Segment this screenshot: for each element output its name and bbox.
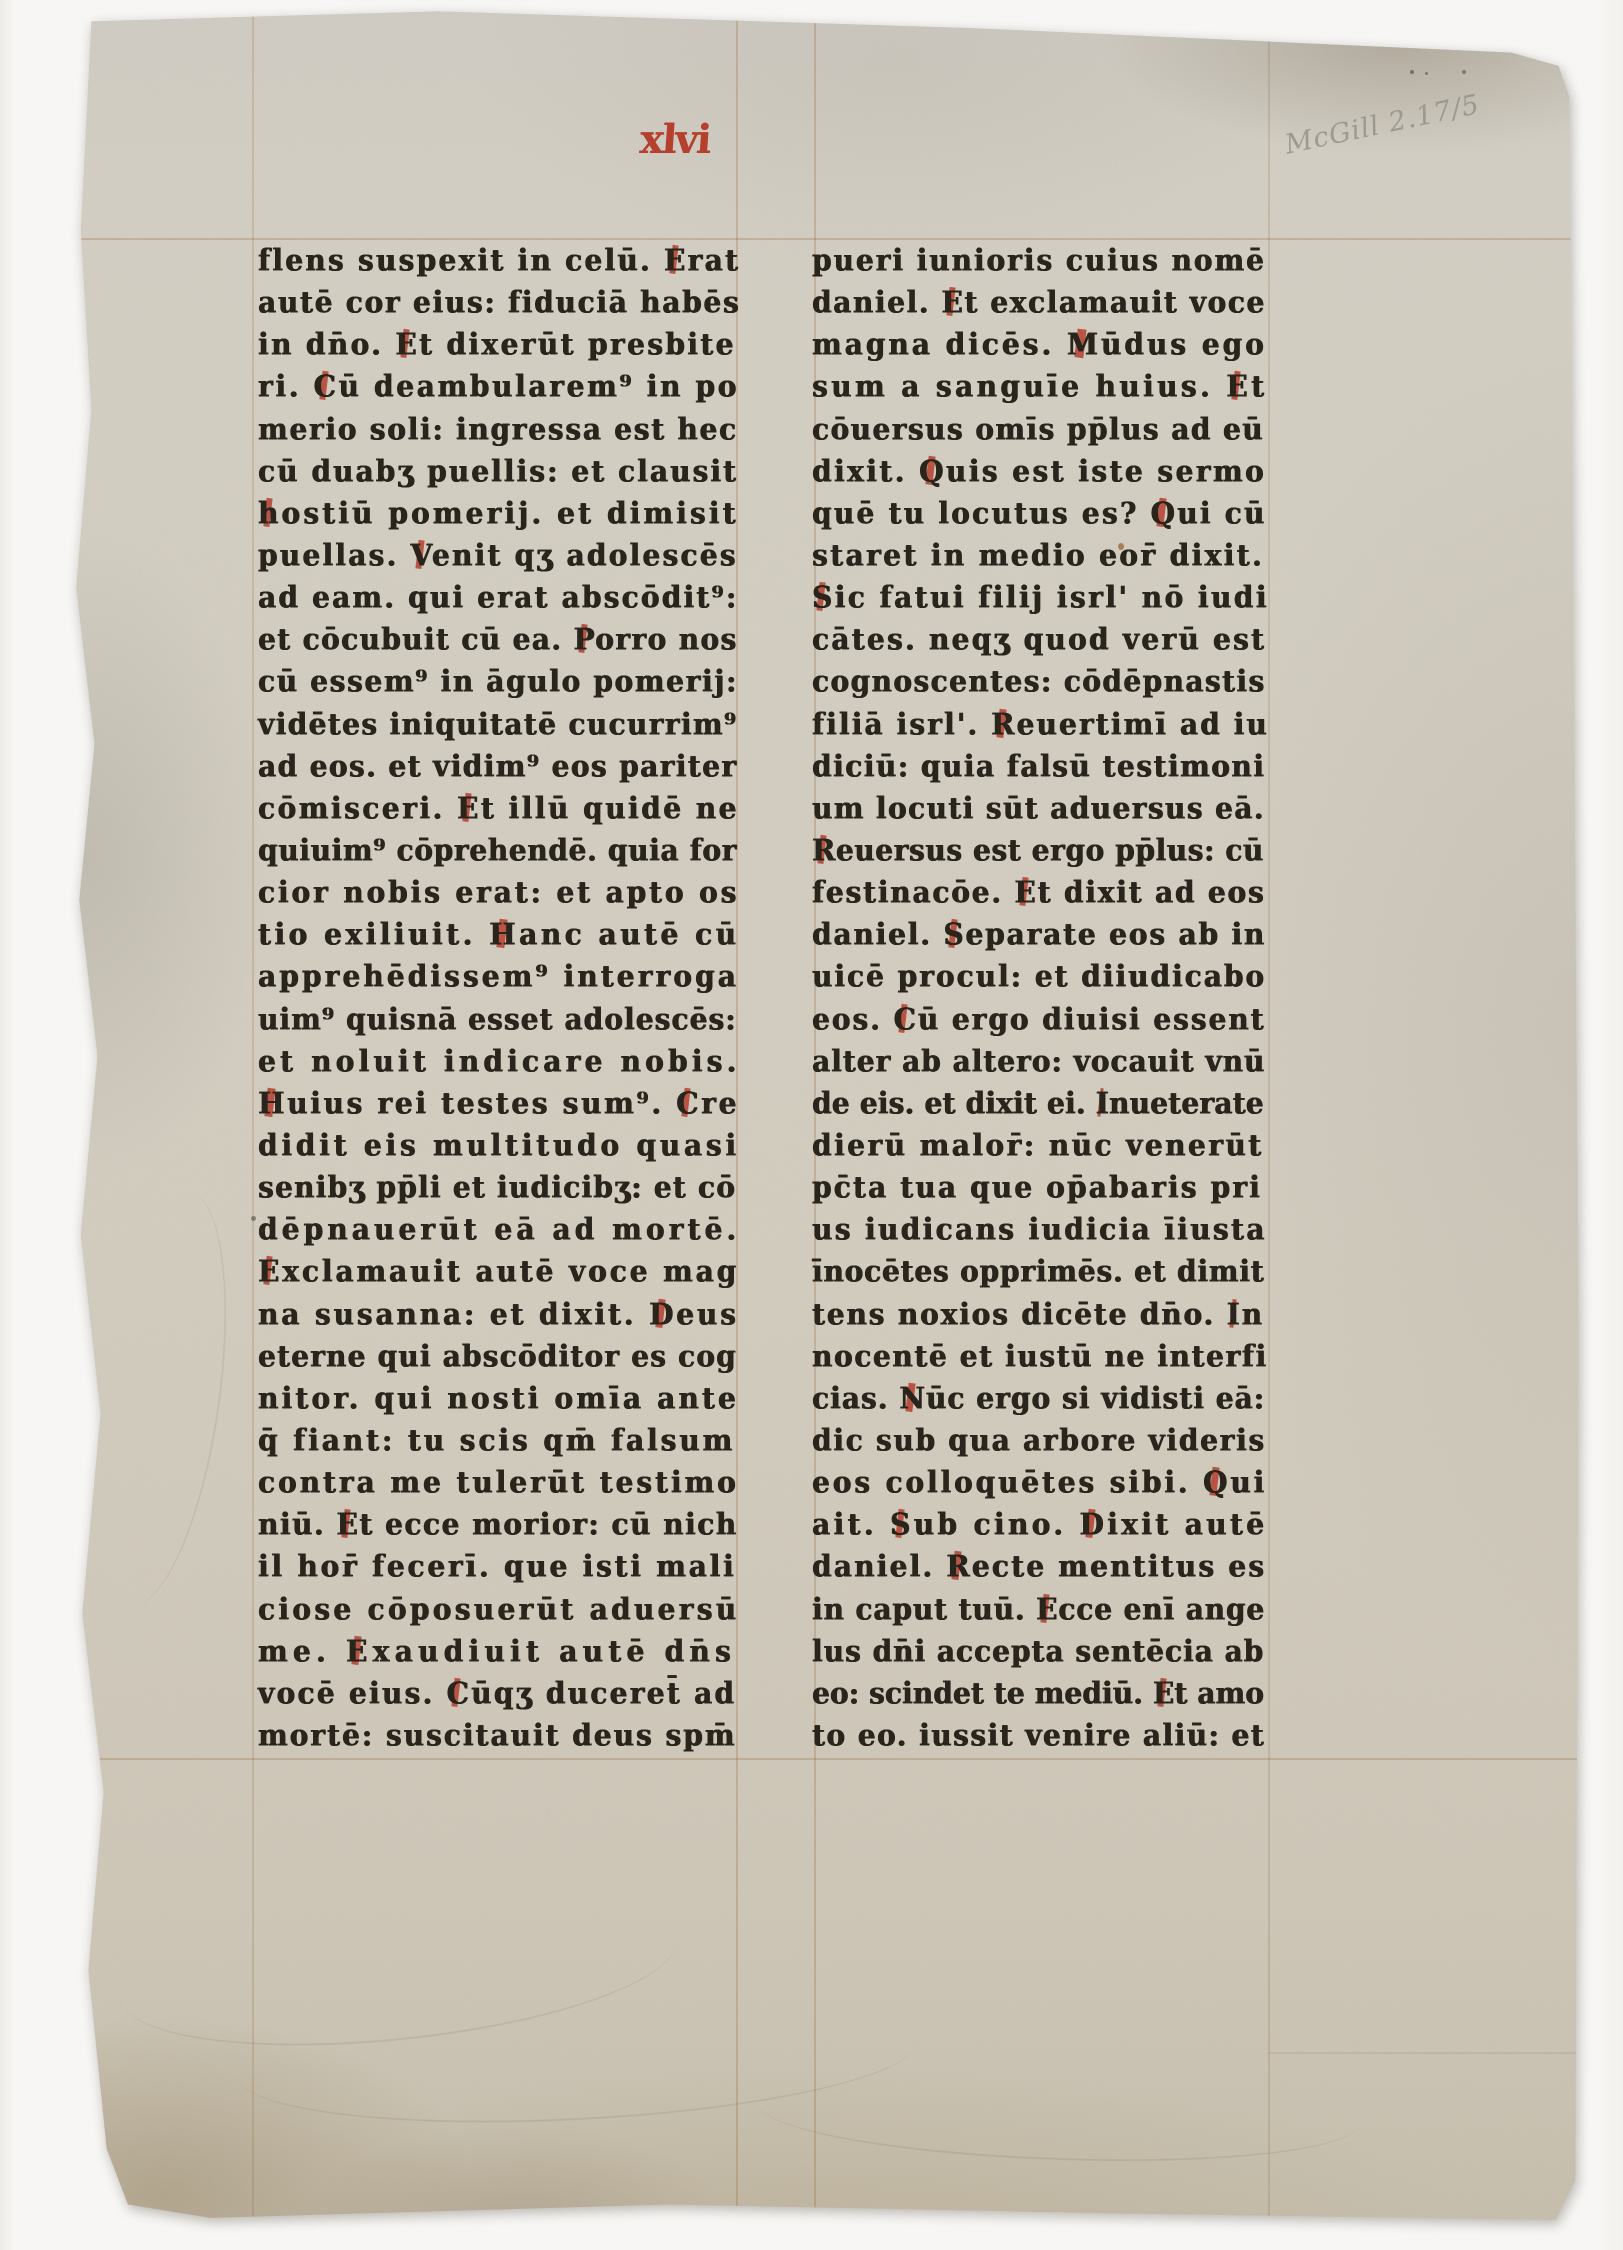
text-line: puellas. Venit qʒ adolescēs bbox=[258, 535, 736, 577]
text-line: cōuersus omīs pp̄lus ad eū bbox=[812, 409, 1264, 451]
crease bbox=[69, 1182, 248, 1615]
text-line: Exclamauit autē voce mag bbox=[258, 1251, 736, 1293]
text-line: de eis. et dixit ei. Inueterate bbox=[812, 1083, 1264, 1125]
text-line: staret in medio eor̄ dixit. bbox=[812, 535, 1264, 577]
text-column-left: flens suspexit in celū. Eratautē cor eiu… bbox=[258, 240, 736, 1757]
text-line: magna dicēs. Mūdus ego bbox=[812, 324, 1264, 366]
text-line: nocentē et iustū ne interfi bbox=[812, 1336, 1264, 1378]
text-line: q̄ fiant: tu scis qm̄ falsum bbox=[258, 1420, 736, 1462]
text-line: mortē: suscitauit deus spm̄ bbox=[258, 1715, 736, 1757]
text-line: Sic fatui filij isrl' nō iudi bbox=[812, 577, 1264, 619]
text-line: ciose cōposuerūt aduersū bbox=[258, 1589, 736, 1631]
text-line: senibʒ pp̄li et iudicibʒ: et cō bbox=[258, 1167, 736, 1209]
text-line: dierū malor̄: nūc venerūt bbox=[812, 1125, 1264, 1167]
text-line: didit eis multitudo quasi bbox=[258, 1125, 736, 1167]
text-line: in dn̄o. Et dixerūt presbite bbox=[258, 324, 736, 366]
text-line: vocē eius. Cūqʒ duceret̄ ad bbox=[258, 1673, 736, 1715]
text-line: cū essem⁹ in āgulo pomerij: bbox=[258, 661, 736, 703]
text-line: ad eos. et vidim⁹ eos pariter bbox=[258, 746, 736, 788]
text-line: īnocētes opprimēs. et dimit bbox=[812, 1251, 1264, 1293]
text-line: dixit. Quis est iste sermo bbox=[812, 451, 1264, 493]
text-line: il hor̄ fecerī. que isti mali bbox=[258, 1546, 736, 1588]
text-line: in caput tuū. Ecce enī ange bbox=[812, 1589, 1264, 1631]
shelfmark-annotation: McGill 2.17/5 bbox=[1282, 82, 1513, 160]
crease bbox=[112, 1869, 684, 2069]
text-line: na susanna: et dixit. Deus bbox=[258, 1294, 736, 1336]
text-line: eos. Cū ergo diuisi essent bbox=[812, 999, 1264, 1041]
text-line: cias. Nūc ergo si vidisti eā: bbox=[812, 1378, 1264, 1420]
text-line: Huius rei testes sum⁹. Cre bbox=[258, 1083, 736, 1125]
text-line: pueri iunioris cuius nomē bbox=[812, 240, 1264, 282]
pricking-dot bbox=[1410, 70, 1414, 74]
text-line: daniel. Recte mentitus es bbox=[812, 1546, 1264, 1588]
manuscript-leaf: xlvi McGill 2.17/5 flens suspexit in cel… bbox=[58, 8, 1580, 2238]
text-line: sum a sanguīe huius. Et bbox=[812, 366, 1264, 408]
text-line: cognoscentes: cōdēpnastis bbox=[812, 661, 1264, 703]
pricking-dot bbox=[1462, 70, 1466, 74]
text-line: nitor. qui nosti omīa ante bbox=[258, 1378, 736, 1420]
text-line: daniel. Separate eos ab in bbox=[812, 914, 1264, 956]
text-line: alter ab altero: vocauit vnū bbox=[812, 1041, 1264, 1083]
text-line: Reuersus est ergo pp̄lus: cū bbox=[812, 830, 1264, 872]
text-line: dic sub qua arbore videris bbox=[812, 1420, 1264, 1462]
folio-number: xlvi bbox=[638, 116, 711, 163]
text-line: autē cor eius: fiduciā habēs bbox=[258, 282, 736, 324]
text-line: festinacōe. Et dixit ad eos bbox=[812, 872, 1264, 914]
text-line: ait. Sub cino. Dixit autē bbox=[812, 1504, 1264, 1546]
ruling-line-horizontal bbox=[1268, 2052, 1580, 2054]
ruling-line-vertical bbox=[1268, 8, 1270, 2238]
text-line: contra me tulerūt testimo bbox=[258, 1462, 736, 1504]
text-line: cātes. neqʒ quod verū est bbox=[812, 619, 1264, 661]
text-line: ri. Cū deambularem⁹ in po bbox=[258, 366, 736, 408]
text-line: hostiū pomerij. et dimisit bbox=[258, 493, 736, 535]
text-line: cū duabʒ puellis: et clausit bbox=[258, 451, 736, 493]
text-line: pc̄ta tua que op̄abaris pri bbox=[812, 1167, 1264, 1209]
manuscript-leaf-wrap: xlvi McGill 2.17/5 flens suspexit in cel… bbox=[58, 8, 1580, 2238]
photograph-backdrop: xlvi McGill 2.17/5 flens suspexit in cel… bbox=[0, 0, 1623, 2250]
text-line: ad eam. qui erat abscōdit⁹: bbox=[258, 577, 736, 619]
text-line: us iudicans iudicia īiusta bbox=[812, 1209, 1264, 1251]
text-line: flens suspexit in celū. Erat bbox=[258, 240, 736, 282]
crease bbox=[757, 2058, 1360, 2171]
stain-spot bbox=[251, 1216, 256, 1221]
text-line: uicē procul: et diiudicabo bbox=[812, 956, 1264, 998]
text-line: uim⁹ quisnā esset adolescēs: bbox=[258, 999, 736, 1041]
text-line: tio exiliuit. Hanc autē cū bbox=[258, 914, 736, 956]
text-line: me. Exaudiuit autē dn̄s bbox=[258, 1631, 736, 1673]
text-line: et noluit indicare nobis. bbox=[258, 1041, 736, 1083]
text-line: niū. Et ecce morior: cū nich bbox=[258, 1504, 736, 1546]
text-column-right: pueri iunioris cuius nomēdaniel. Et excl… bbox=[812, 240, 1264, 1757]
text-line: um locuti sūt aduersus eā. bbox=[812, 788, 1264, 830]
text-line: tens noxios dicēte dn̄o. In bbox=[812, 1294, 1264, 1336]
text-line: et cōcubuit cū ea. Porro nos bbox=[258, 619, 736, 661]
text-line: eo: scindet te mediū. Et amo bbox=[812, 1673, 1264, 1715]
text-line: daniel. Et exclamauit voce bbox=[812, 282, 1264, 324]
text-line: lus dn̄i accepta sentēcia ab bbox=[812, 1631, 1264, 1673]
text-line: apprehēdissem⁹ interroga bbox=[258, 956, 736, 998]
text-line: cōmisceri. Et illū quidē ne bbox=[258, 788, 736, 830]
text-line: filiā isrl'. Reuertimī ad iu bbox=[812, 704, 1264, 746]
pricking-dot bbox=[1425, 72, 1428, 75]
text-line: to eo. iussit venire aliū: et bbox=[812, 1715, 1264, 1757]
text-line: eterne qui abscōditor es cog bbox=[258, 1336, 736, 1378]
text-line: quē tu locutus es? Qui cū bbox=[812, 493, 1264, 535]
text-line: quiuim⁹ cōprehendē. quia for bbox=[258, 830, 736, 872]
ruling-line-vertical bbox=[252, 8, 254, 2238]
text-line: eos colloquētes sibi. Qui bbox=[812, 1462, 1264, 1504]
crease bbox=[235, 1980, 920, 2137]
text-line: diciū: quia falsū testimoni bbox=[812, 746, 1264, 788]
text-line: merio soli: ingressa est hec bbox=[258, 409, 736, 451]
text-line: cior nobis erat: et apto os bbox=[258, 872, 736, 914]
text-line: vidētes iniquitatē cucurrim⁹ bbox=[258, 704, 736, 746]
text-line: dēpnauerūt eā ad mortē. bbox=[258, 1209, 736, 1251]
